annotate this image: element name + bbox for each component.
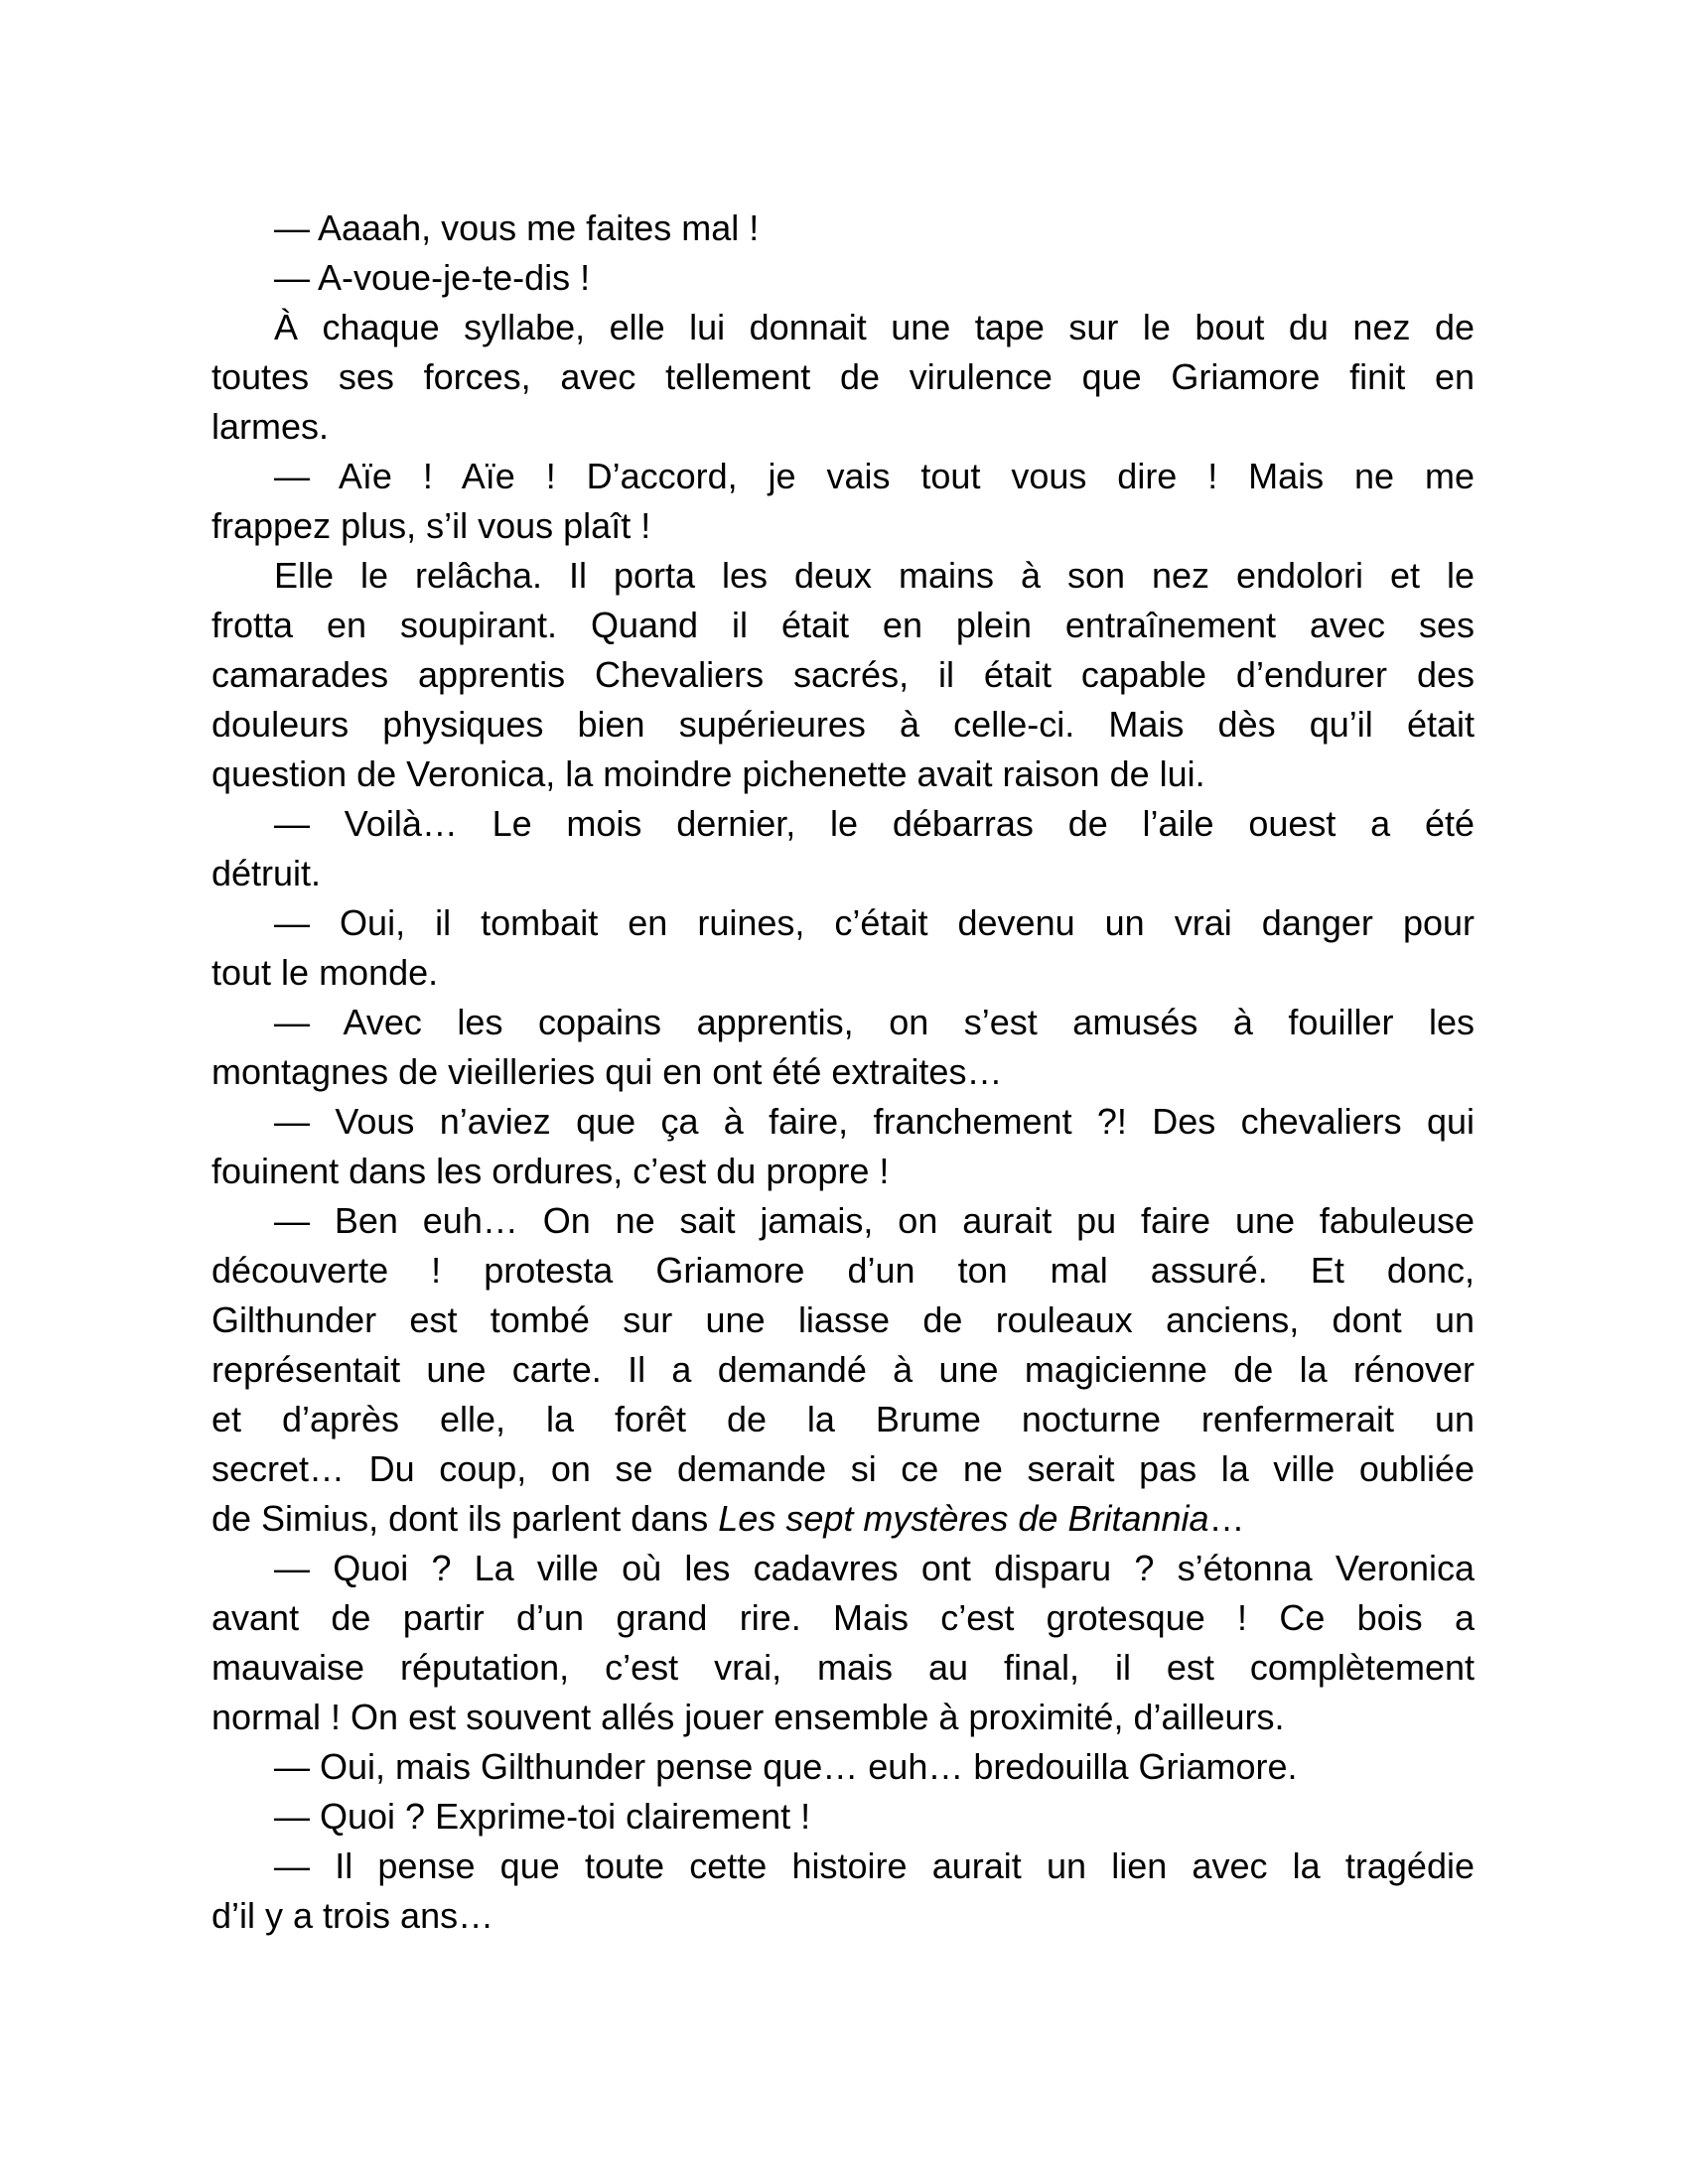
text-line: d’il y a trois ans… (211, 1891, 1475, 1941)
text-line-with-book-title: de Simius, dont ils parlent dans Les sep… (211, 1494, 1475, 1544)
text-segment: … (1209, 1498, 1245, 1539)
text-line: larmes. (211, 402, 1475, 452)
text-line: question de Veronica, la moindre pichene… (211, 750, 1475, 799)
text-line: — Quoi ? La ville où les cadavres ont di… (211, 1544, 1475, 1593)
text-line: — Oui, il tombait en ruines, c’était dev… (211, 898, 1475, 948)
text-line: douleurs physiques bien supérieures à ce… (211, 700, 1475, 750)
text-line: avant de partir d’un grand rire. Mais c’… (211, 1593, 1475, 1643)
text-line: et d’après elle, la forêt de la Brume no… (211, 1395, 1475, 1444)
text-line: frotta en soupirant. Quand il était en p… (211, 601, 1475, 650)
text-line: — Ben euh… On ne sait jamais, on aurait … (211, 1196, 1475, 1246)
text-line: tout le monde. (211, 948, 1475, 998)
text-line: camarades apprentis Chevaliers sacrés, i… (211, 650, 1475, 700)
text-line: représentait une carte. Il a demandé à u… (211, 1345, 1475, 1395)
text-line: — Il pense que toute cette histoire aura… (211, 1842, 1475, 1891)
text-line: — Vous n’aviez que ça à faire, francheme… (211, 1097, 1475, 1147)
text-line: — Quoi ? Exprime-toi clairement ! (211, 1792, 1475, 1842)
text-segment: de Simius, dont ils parlent dans (211, 1498, 718, 1539)
text-line: frappez plus, s’il vous plaît ! (211, 501, 1475, 551)
text-line: toutes ses forces, avec tellement de vir… (211, 352, 1475, 402)
text-line: détruit. (211, 849, 1475, 898)
text-line: — Voilà… Le mois dernier, le débarras de… (211, 799, 1475, 849)
text-line: mauvaise réputation, c’est vrai, mais au… (211, 1643, 1475, 1693)
text-line: secret… Du coup, on se demande si ce ne … (211, 1444, 1475, 1494)
text-line: À chaque syllabe, elle lui donnait une t… (211, 303, 1475, 352)
text-line: — Oui, mais Gilthunder pense que… euh… b… (211, 1742, 1475, 1792)
text-line: Elle le relâcha. Il porta les deux mains… (211, 551, 1475, 601)
text-line: — Aïe ! Aïe ! D’accord, je vais tout vou… (211, 452, 1475, 501)
book-page-text: — Aaaah, vous me faites mal ! — A-voue-j… (211, 204, 1475, 1941)
text-line: montagnes de vieilleries qui en ont été … (211, 1047, 1475, 1097)
text-line: fouinent dans les ordures, c’est du prop… (211, 1147, 1475, 1196)
text-line: — A-voue-je-te-dis ! (211, 253, 1475, 303)
text-line: découverte ! protesta Griamore d’un ton … (211, 1246, 1475, 1296)
text-line: Gilthunder est tombé sur une liasse de r… (211, 1296, 1475, 1345)
text-line: — Avec les copains apprentis, on s’est a… (211, 998, 1475, 1047)
text-line: normal ! On est souvent allés jouer ense… (211, 1693, 1475, 1742)
text-line: — Aaaah, vous me faites mal ! (211, 204, 1475, 253)
book-title-italic: Les sept mystères de Britannia (718, 1498, 1208, 1539)
